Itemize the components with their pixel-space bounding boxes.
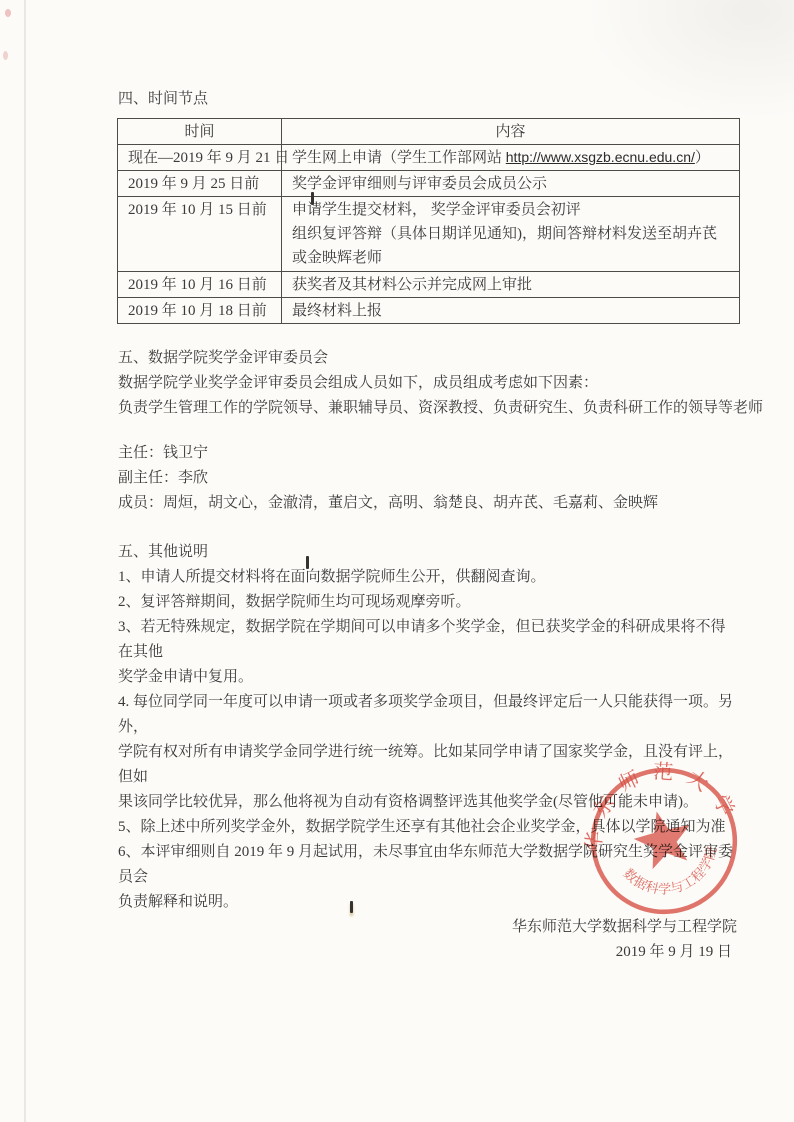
note-item-3: 3、若无特殊规定，数据学院在学期间可以申请多个奖学金，但已获奖学金的科研成果将不… <box>118 615 740 690</box>
cell-content: 申请学生提交材料， 奖学金评审委员会初评 组织复评答辩（具体日期详见通知)，期间… <box>282 197 740 272</box>
cell-content: 学生网上申请（学生工作部网站 http://www.xsgzb.ecnu.edu… <box>282 145 740 171</box>
committee-intro-line2: 负责学生管理工作的学院领导、兼职辅导员、资深教授、负责研究生、负责科研工作的领导… <box>118 396 740 421</box>
url-link[interactable]: http://www.xsgzb.ecnu.edu.cn/ <box>506 149 695 165</box>
cell-time: 2019 年 9 月 25 日前 <box>118 171 282 197</box>
signature-block: 华东师范大学数据科学与工程学院 2019 年 9 月 19 日 <box>118 915 740 965</box>
cell-time: 现在—2019 年 9 月 21 日 <box>118 145 282 171</box>
document-content: 四、时间节点 时间 内容 现在—2019 年 9 月 21 日 学生网上申请（学… <box>118 0 740 965</box>
table-row: 2019 年 10 月 16 日前 获奖者及其材料公示并完成网上审批 <box>118 272 740 298</box>
committee-members: 成员：周烜，胡文心，金澈清，董启文，高明、翁楚良、胡卉芪、毛嘉莉、金映辉 <box>118 491 740 516</box>
scan-speck <box>3 51 8 60</box>
signature-date: 2019 年 9 月 19 日 <box>118 940 740 965</box>
cell-time: 2019 年 10 月 18 日前 <box>118 298 282 324</box>
column-header-content: 内容 <box>282 119 740 145</box>
scan-speck <box>5 9 11 17</box>
table-header-row: 时间 内容 <box>118 119 740 145</box>
table-row: 2019 年 10 月 15 日前 申请学生提交材料， 奖学金评审委员会初评 组… <box>118 197 740 272</box>
committee-deputy-director: 副主任：李欣 <box>118 466 740 491</box>
table-row: 2019 年 9 月 25 日前 奖学金评审细则与评审委员会成员公示 <box>118 171 740 197</box>
note-item-2: 2、复评答辩期间，数据学院师生均可现场观摩旁听。 <box>118 590 740 615</box>
cell-content: 奖学金评审细则与评审委员会成员公示 <box>282 171 740 197</box>
column-header-time: 时间 <box>118 119 282 145</box>
scan-artifact <box>311 192 314 205</box>
cell-content: 最终材料上报 <box>282 298 740 324</box>
signature-organization: 华东师范大学数据科学与工程学院 <box>118 915 740 940</box>
section-heading-timeline: 四、时间节点 <box>118 88 740 110</box>
section-heading-committee: 五、数据学院奖学金评审委员会 <box>118 346 740 371</box>
note-item-4: 4. 每位同学同一年度可以申请一项或者多项奖学金项目，但最终评定后一人只能获得一… <box>118 690 740 815</box>
committee-roles: 主任：钱卫宁 副主任：李欣 成员：周烜，胡文心，金澈清，董启文，高明、翁楚良、胡… <box>118 441 740 516</box>
table-row: 现在—2019 年 9 月 21 日 学生网上申请（学生工作部网站 http:/… <box>118 145 740 171</box>
content-text: 学生网上申请（学生工作部网站 <box>292 150 506 166</box>
cell-content: 获奖者及其材料公示并完成网上审批 <box>282 272 740 298</box>
committee-director: 主任：钱卫宁 <box>118 441 740 466</box>
scanned-document-page: 四、时间节点 时间 内容 现在—2019 年 9 月 21 日 学生网上申请（学… <box>0 0 794 1122</box>
section-heading-notes: 五、其他说明 <box>118 540 740 565</box>
table-row: 2019 年 10 月 18 日前 最终材料上报 <box>118 298 740 324</box>
committee-intro-line1: 数据学院学业奖学金评审委员会组成人员如下，成员组成考虑如下因素： <box>118 371 740 396</box>
note-item-5: 5、除上述中所列奖学金外，数据学院学生还享有其他社会企业奖学金，具体以学院通知为… <box>118 815 740 840</box>
cell-time: 2019 年 10 月 15 日前 <box>118 197 282 272</box>
note-item-6: 6、本评审细则自 2019 年 9 月起试用，未尽事宜由华东师范大学数据学院研究… <box>118 840 740 915</box>
timeline-table: 时间 内容 现在—2019 年 9 月 21 日 学生网上申请（学生工作部网站 … <box>117 118 740 324</box>
scanner-edge-line <box>24 0 26 1122</box>
scan-artifact <box>306 556 309 569</box>
scan-artifact <box>350 901 353 913</box>
content-text: ） <box>695 150 710 166</box>
note-item-1: 1、申请人所提交材料将在面向数据学院师生公开，供翻阅查询。 <box>118 565 740 590</box>
cell-time: 2019 年 10 月 16 日前 <box>118 272 282 298</box>
